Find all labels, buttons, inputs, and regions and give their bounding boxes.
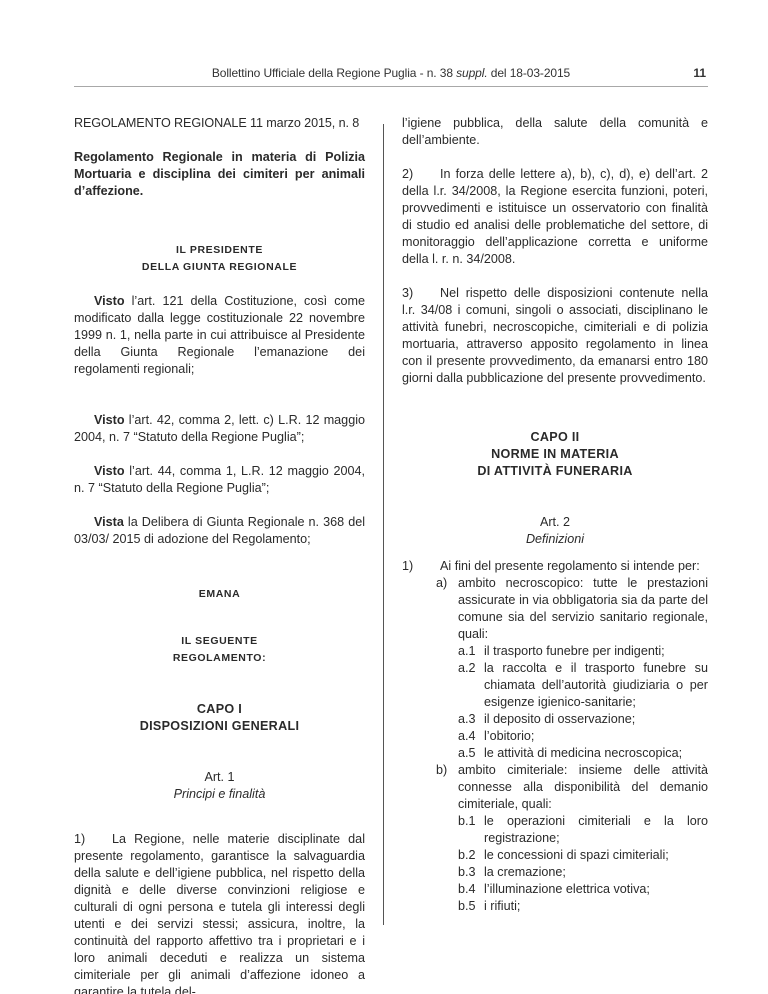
- visto-label: Visto: [94, 294, 125, 308]
- definition-subitem-a4: a.4l’obitorio;: [458, 728, 708, 745]
- definition-subitem-b5: b.5i rifiuti;: [458, 898, 708, 915]
- paragraph-number: 1): [74, 831, 112, 848]
- emana-heading: EMANA: [74, 586, 365, 603]
- definitions-list: a) ambito necroscopico: tutte le prestaz…: [436, 575, 708, 915]
- vista-paragraph: Vista la Delibera di Giunta Regionale n.…: [74, 514, 365, 548]
- art-1-heading: Art. 1 Principi e finalità: [74, 769, 365, 803]
- art-2-heading: Art. 2 Definizioni: [402, 514, 708, 548]
- item-label: b): [436, 762, 447, 779]
- bulletin-title-date: del 18-03-2015: [488, 66, 571, 80]
- left-column: REGOLAMENTO REGIONALE 11 marzo 2015, n. …: [74, 115, 365, 994]
- capo-1-title: CAPO I: [74, 701, 365, 718]
- definition-subitem-a3: a.3il deposito di osservazione;: [458, 711, 708, 728]
- subitem-label: a.1: [458, 643, 476, 660]
- capo-1-heading: CAPO I DISPOSIZIONI GENERALI: [74, 701, 365, 735]
- definition-subitem-b1: b.1le operazioni cimiteriali e la loro r…: [458, 813, 708, 847]
- art-2-subtitle: Definizioni: [402, 531, 708, 548]
- definition-subitem-a5: a.5le attività di medicina necroscopica;: [458, 745, 708, 762]
- art-2-title: Art. 2: [402, 514, 708, 531]
- capo-2-heading: CAPO II NORME IN MATERIA DI ATTIVITÀ FUN…: [402, 429, 708, 480]
- subitem-text: le concessioni di spazi cimiteriali;: [484, 848, 669, 862]
- subitem-label: b.3: [458, 864, 476, 881]
- paragraph-text: Ai fini del presente regolamento si inte…: [440, 559, 700, 573]
- paragraph-text: In forza delle lettere a), b), c), d), e…: [402, 167, 708, 266]
- capo-2-subtitle-2: DI ATTIVITÀ FUNERARIA: [402, 463, 708, 480]
- definition-subitem-b2: b.2le concessioni di spazi cimiteriali;: [458, 847, 708, 864]
- page-header: Bollettino Ufficiale della Regione Pugli…: [74, 60, 708, 87]
- subitem-label: b.1: [458, 813, 476, 830]
- paragraph-number: 2): [402, 166, 440, 183]
- subitem-label: a.4: [458, 728, 476, 745]
- subitem-label: a.5: [458, 745, 476, 762]
- visto-paragraph-2: Visto l’art. 42, comma 2, lett. c) L.R. …: [74, 412, 365, 446]
- definition-item-a: a) ambito necroscopico: tutte le prestaz…: [436, 575, 708, 643]
- visto-label: Visto: [94, 413, 125, 427]
- seguente-line-2: REGOLAMENTO:: [74, 650, 365, 667]
- subitem-text: le attività di medicina necroscopica;: [484, 746, 682, 760]
- seguente-line-1: IL SEGUENTE: [74, 633, 365, 650]
- paragraph-text: Nel rispetto delle disposizioni contenut…: [402, 286, 708, 385]
- art-1-paragraph-3: 3)Nel rispetto delle disposizioni conten…: [402, 285, 708, 387]
- definition-item-b: b) ambito cimiteriale: insieme delle att…: [436, 762, 708, 813]
- art-1-paragraph-1: 1)La Regione, nelle materie disciplinate…: [74, 831, 365, 994]
- seguente-heading: IL SEGUENTE REGOLAMENTO:: [74, 633, 365, 667]
- item-label: a): [436, 575, 447, 592]
- subitem-text: l’illuminazione elettrica votiva;: [484, 882, 650, 896]
- art-1-paragraph-2: 2)In forza delle lettere a), b), c), d),…: [402, 166, 708, 268]
- capo-2-subtitle-1: NORME IN MATERIA: [402, 446, 708, 463]
- visto-label: Visto: [94, 464, 125, 478]
- definition-subitem-b3: b.3la cremazione;: [458, 864, 708, 881]
- capo-2-title: CAPO II: [402, 429, 708, 446]
- president-heading-line-1: IL PRESIDENTE: [74, 242, 365, 259]
- column-divider: [383, 124, 384, 925]
- regulation-title: Regolamento Regionale in materia di Poli…: [74, 149, 365, 200]
- subitem-label: a.3: [458, 711, 476, 728]
- bulletin-title-text: Bollettino Ufficiale della Regione Pugli…: [212, 66, 456, 80]
- subitem-text: le operazioni cimiteriali e la loro regi…: [484, 814, 708, 845]
- right-column: l’igiene pubblica, della salute della co…: [402, 115, 708, 915]
- subitem-text: la raccolta e il trasporto funebre su ch…: [484, 661, 708, 709]
- bulletin-title-suppl: suppl.: [456, 66, 487, 80]
- definition-subitem-a1: a.1il trasporto funebre per indigenti;: [458, 643, 708, 660]
- art-1-subtitle: Principi e finalità: [74, 786, 365, 803]
- vista-label: Vista: [94, 515, 124, 529]
- definition-subitem-a2: a.2la raccolta e il trasporto funebre su…: [458, 660, 708, 711]
- subitem-text: il trasporto funebre per indigenti;: [484, 644, 665, 658]
- definition-subitem-b4: b.4l’illuminazione elettrica votiva;: [458, 881, 708, 898]
- visto-paragraph-1: Visto l’art. 121 della Costituzione, cos…: [74, 293, 365, 378]
- subitem-text: la cremazione;: [484, 865, 566, 879]
- art-2-paragraph-1: 1)Ai fini del presente regolamento si in…: [402, 558, 708, 575]
- paragraph-text: La Regione, nelle materie disciplinate d…: [74, 832, 365, 994]
- subitem-text: i rifiuti;: [484, 899, 520, 913]
- president-heading-line-2: DELLA GIUNTA REGIONALE: [74, 259, 365, 276]
- page-number: 11: [693, 65, 706, 82]
- item-text: ambito necroscopico: tutte le prestazion…: [458, 576, 708, 641]
- regulation-heading: REGOLAMENTO REGIONALE 11 marzo 2015, n. …: [74, 115, 365, 132]
- capo-1-subtitle: DISPOSIZIONI GENERALI: [74, 718, 365, 735]
- subitem-label: a.2: [458, 660, 476, 677]
- subitem-text: l’obitorio;: [484, 729, 534, 743]
- president-heading: IL PRESIDENTE DELLA GIUNTA REGIONALE: [74, 242, 365, 276]
- subitem-text: il deposito di osservazione;: [484, 712, 635, 726]
- item-text: ambito cimiteriale: insieme delle attivi…: [458, 763, 708, 811]
- paragraph-number: 1): [402, 558, 440, 575]
- subitem-label: b.5: [458, 898, 476, 915]
- subitem-label: b.4: [458, 881, 476, 898]
- continuation-text: l’igiene pubblica, della salute della co…: [402, 115, 708, 149]
- subitem-label: b.2: [458, 847, 476, 864]
- bulletin-title: Bollettino Ufficiale della Regione Pugli…: [74, 65, 708, 82]
- visto-paragraph-3: Visto l’art. 44, comma 1, L.R. 12 maggio…: [74, 463, 365, 497]
- art-1-title: Art. 1: [74, 769, 365, 786]
- paragraph-number: 3): [402, 285, 440, 302]
